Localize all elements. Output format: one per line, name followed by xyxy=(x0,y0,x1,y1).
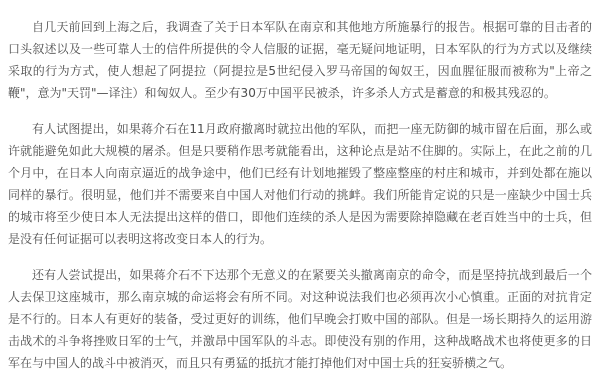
paragraph-3: 还有人尝试提出，如果蒋介石不下达那个无意义的在紧要关头撤离南京的命令，而是坚持抗… xyxy=(8,264,592,374)
paragraph-1: 自几天前回到上海之后，我调查了关于日本军队在南京和其他地方所施暴行的报告。根据可… xyxy=(8,16,592,104)
document-page: 自几天前回到上海之后，我调查了关于日本军队在南京和其他地方所施暴行的报告。根据可… xyxy=(0,0,600,385)
document-body: 自几天前回到上海之后，我调查了关于日本军队在南京和其他地方所施暴行的报告。根据可… xyxy=(0,0,600,374)
paragraph-2: 有人试图提出，如果蒋介石在11月政府撤离时就拉出他的军队，而把一座无防御的城市留… xyxy=(8,118,592,250)
